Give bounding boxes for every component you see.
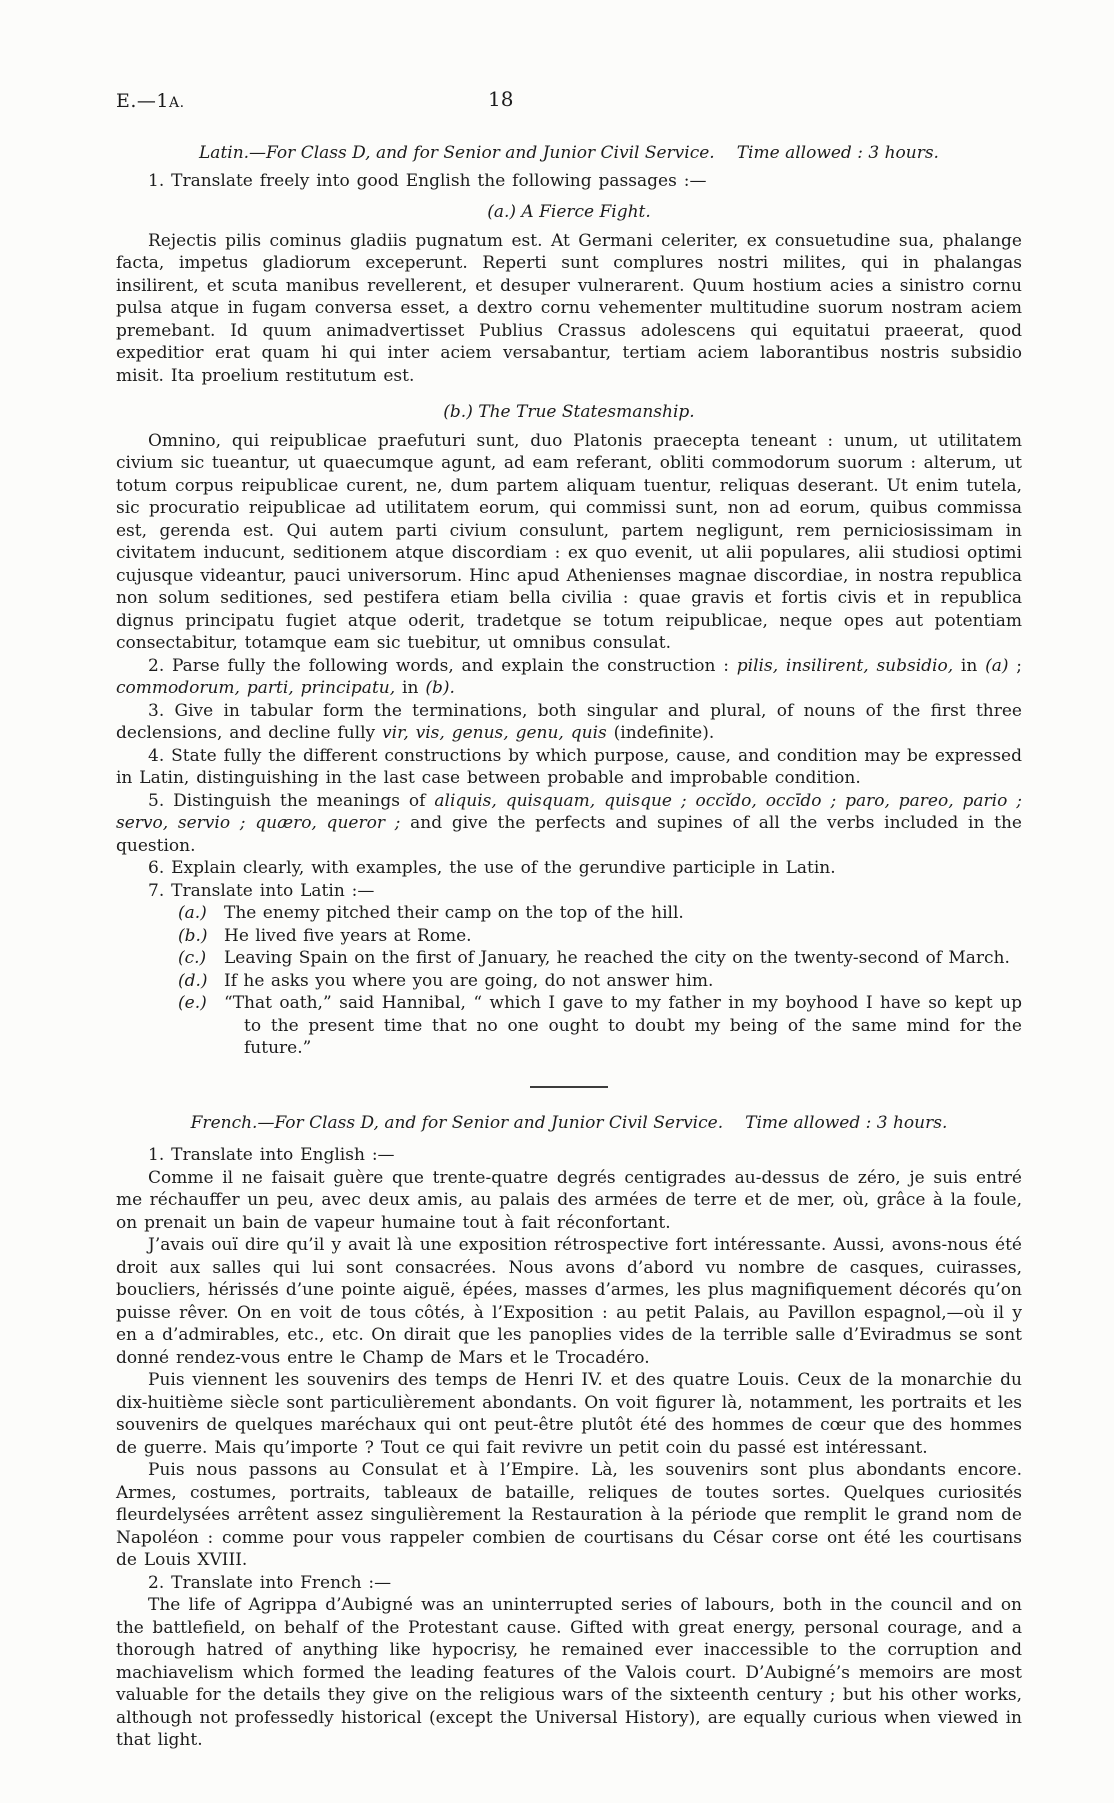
french-paragraph-2: J’avais ouï dire qu’il y avait là une ex… [116, 1234, 1022, 1369]
document-page: E.—1A. 18 Latin.—For Class D, and for Se… [0, 0, 1114, 1752]
french-paragraph-3: Puis viennent les souvenirs des temps de… [116, 1369, 1022, 1459]
page-number: 18 [488, 88, 513, 111]
french-heading-text: French.—For Class D, and for Senior and … [191, 1113, 723, 1133]
translate-item-d: (d.)If he asks you where you are going, … [116, 970, 1022, 993]
sheet-code-main: E.—1 [116, 90, 169, 112]
passage-b-text: Omnino, qui reipublicae praefuturi sunt,… [116, 430, 1022, 655]
passage-a-title: (a.) A Fierce Fight. [116, 201, 1022, 224]
translate-item-a: (a.)The enemy pitched their camp on the … [116, 902, 1022, 925]
item-label: (b.) [178, 925, 224, 948]
sheet-code-sub: A. [169, 95, 185, 111]
sheet-code: E.—1A. [116, 90, 185, 115]
latin-heading-text: Latin.—For Class D, and for Senior and J… [199, 143, 715, 163]
section-divider [530, 1086, 608, 1088]
french-section: French.—For Class D, and for Senior and … [116, 1112, 1022, 1752]
passage-b-title: (b.) The True Statesmanship. [116, 401, 1022, 424]
latin-question-4: 4. State fully the different constructio… [116, 745, 1022, 790]
item-label: (d.) [178, 970, 224, 993]
latin-section-heading: Latin.—For Class D, and for Senior and J… [116, 142, 1022, 165]
item-label: (c.) [178, 947, 224, 970]
item-text: “That oath,” said Hannibal, “ which I ga… [224, 993, 1022, 1058]
latin-question-3: 3. Give in tabular form the terminations… [116, 700, 1022, 745]
translate-item-c: (c.)Leaving Spain on the first of Januar… [116, 947, 1022, 970]
french-section-heading: French.—For Class D, and for Senior and … [116, 1112, 1022, 1135]
item-text: He lived five years at Rome. [224, 926, 472, 946]
french-time-allowed: Time allowed : 3 hours. [745, 1113, 947, 1133]
passage-a-text: Rejectis pilis cominus gladiis pugnatum … [116, 230, 1022, 388]
french-paragraph-4: Puis nous passons au Consulat et à l’Emp… [116, 1459, 1022, 1572]
french-paragraph-1: Comme il ne faisait guère que trente-qua… [116, 1167, 1022, 1235]
latin-section: Latin.—For Class D, and for Senior and J… [116, 142, 1022, 1060]
latin-question-1: 1. Translate freely into good English th… [116, 170, 1022, 193]
item-text: The enemy pitched their camp on the top … [224, 903, 684, 923]
page-header: E.—1A. 18 [116, 90, 1022, 114]
latin-question-6: 6. Explain clearly, with examples, the u… [116, 857, 1022, 880]
item-label: (e.) [178, 992, 224, 1015]
item-label: (a.) [178, 902, 224, 925]
item-text: Leaving Spain on the first of January, h… [224, 948, 1010, 968]
translate-item-b: (b.)He lived five years at Rome. [116, 925, 1022, 948]
french-question-2: 2. Translate into French :— [116, 1572, 1022, 1595]
french-paragraph-5: The life of Agrippa d’Aubigné was an uni… [116, 1594, 1022, 1752]
french-question-1: 1. Translate into English :— [116, 1144, 1022, 1167]
latin-question-2: 2. Parse fully the following words, and … [116, 655, 1022, 700]
translate-item-e: (e.)“That oath,” said Hannibal, “ which … [116, 992, 1022, 1060]
item-text: If he asks you where you are going, do n… [224, 971, 713, 991]
latin-time-allowed: Time allowed : 3 hours. [737, 143, 939, 163]
latin-question-5: 5. Distinguish the meanings of aliquis, … [116, 790, 1022, 858]
latin-question-7: 7. Translate into Latin :— [116, 880, 1022, 903]
